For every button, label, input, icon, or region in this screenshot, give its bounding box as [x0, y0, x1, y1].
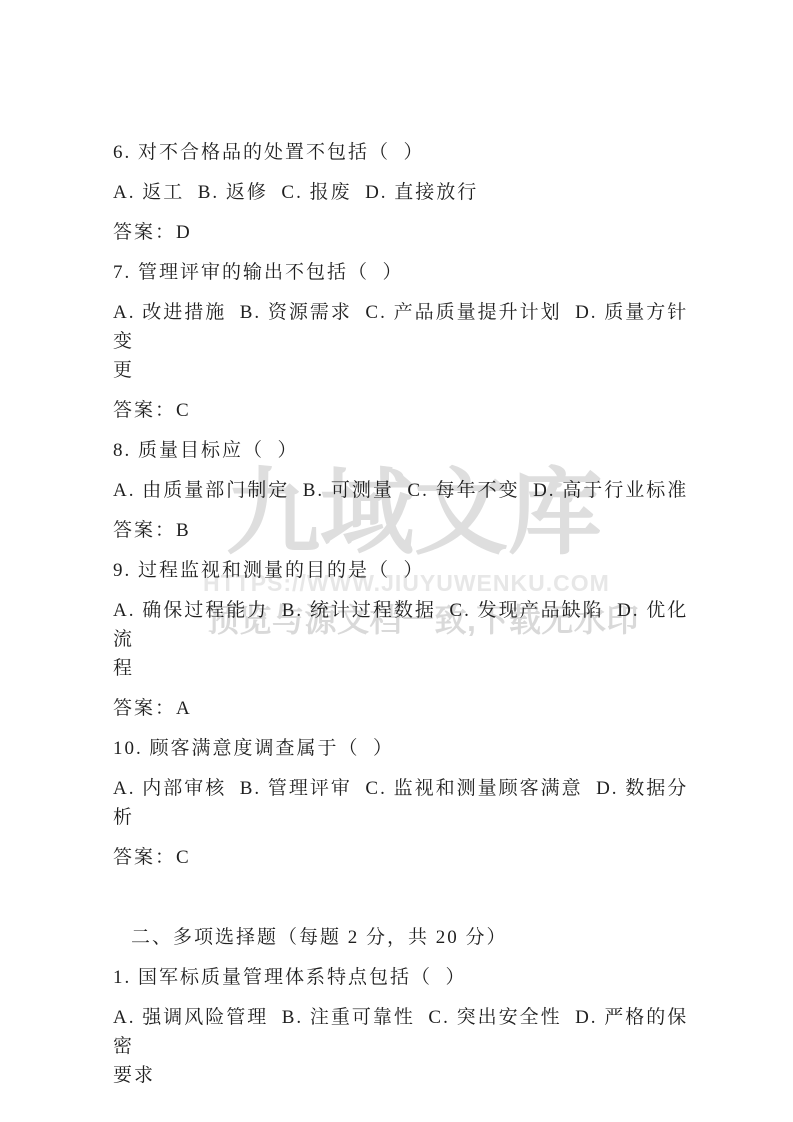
- paragraph-options: A. 内部审核 B. 管理评审 C. 监视和测量顾客满意 D. 数据分析: [113, 774, 703, 832]
- paragraph-question: 10. 顾客满意度调查属于（ ）: [113, 734, 703, 763]
- paragraph-options: A. 确保过程能力 B. 统计过程数据 C. 发现产品缺陷 D. 优化流 程: [113, 596, 703, 683]
- paragraph-question: 7. 管理评审的输出不包括（ ）: [113, 258, 703, 287]
- paragraph-question: 6. 对不合格品的处置不包括（ ）: [113, 138, 703, 167]
- paragraph-question: 9. 过程监视和测量的目的是（ ）: [113, 556, 703, 585]
- paragraph-question: 8. 质量目标应（ ）: [113, 436, 703, 465]
- paragraph-section-header: 二、多项选择题（每题 2 分，共 20 分）: [113, 923, 703, 952]
- paragraph-answer: 答案：D: [113, 218, 703, 247]
- paragraph-answer: 答案：C: [113, 396, 703, 425]
- document-page: { "page": { "background_color": "#ffffff…: [0, 0, 793, 1122]
- paragraph-answer: 答案：C: [113, 843, 703, 872]
- paragraph-options: A. 由质量部门制定 B. 可测量 C. 每年不变 D. 高于行业标准: [113, 476, 703, 505]
- paragraph-answer: 答案：B: [113, 516, 703, 545]
- document-body: 6. 对不合格品的处置不包括（ ）A. 返工 B. 返修 C. 报废 D. 直接…: [113, 138, 703, 1101]
- paragraph-options: A. 返工 B. 返修 C. 报废 D. 直接放行: [113, 178, 703, 207]
- paragraph-options: A. 改进措施 B. 资源需求 C. 产品质量提升计划 D. 质量方针变 更: [113, 298, 703, 385]
- paragraph-question: 1. 国军标质量管理体系特点包括（ ）: [113, 963, 703, 992]
- paragraph-options: A. 强调风险管理 B. 注重可靠性 C. 突出安全性 D. 严格的保密 要求: [113, 1003, 703, 1090]
- paragraph-answer: 答案：A: [113, 694, 703, 723]
